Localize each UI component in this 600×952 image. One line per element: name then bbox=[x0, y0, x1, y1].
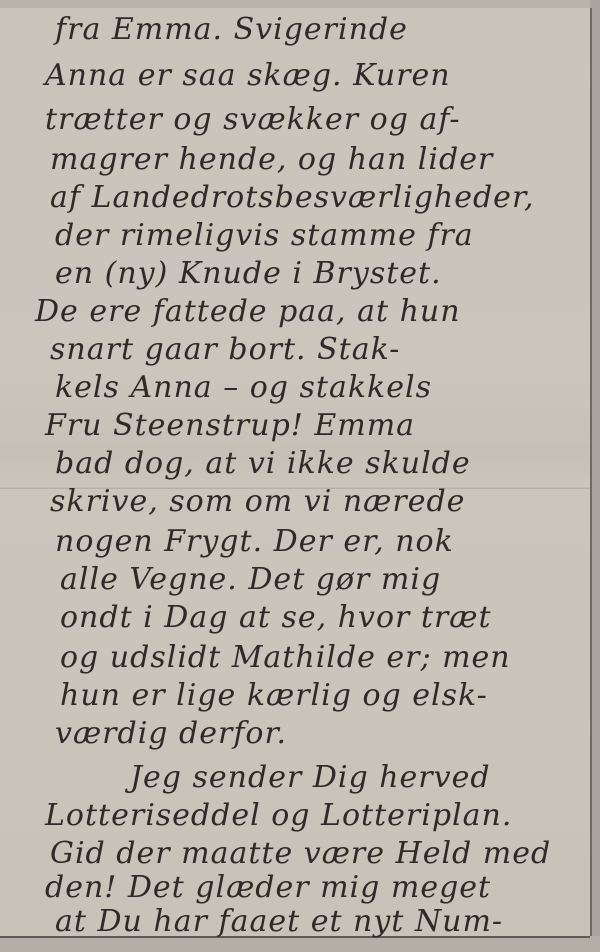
letter-line: nogen Frygt. Der er, nok bbox=[55, 524, 454, 559]
letter-line: at Du har faaet et nyt Num- bbox=[55, 904, 503, 939]
letter-line: ondt i Dag at se, hvor træt bbox=[60, 600, 492, 635]
letter-line: Lotteriseddel og Lotteriplan. bbox=[45, 798, 512, 833]
letter-line: værdig derfor. bbox=[55, 716, 287, 751]
letter-line: Anna er saa skæg. Kuren bbox=[45, 58, 451, 93]
letter-line: skrive, som om vi nærede bbox=[50, 484, 465, 519]
letter-line: fra Emma. Svigerinde bbox=[55, 12, 408, 47]
letter-line: magrer hende, og han lider bbox=[50, 142, 493, 177]
letter-line: af Landedrotsbesværligheder, bbox=[50, 180, 535, 215]
letter-line: trætter og svækker og af- bbox=[45, 102, 461, 137]
letter-line: De ere fattede paa, at hun bbox=[35, 294, 461, 329]
letter-line: Gid der maatte være Held med bbox=[50, 836, 551, 871]
letter-line: Jeg sender Dig herved bbox=[130, 760, 491, 795]
letter-line: bad dog, at vi ikke skulde bbox=[55, 446, 471, 481]
letter-line: kels Anna – og stakkels bbox=[55, 370, 432, 405]
letter-line: og udslidt Mathilde er; men bbox=[60, 640, 511, 675]
background-right-edge bbox=[590, 0, 600, 952]
letter-line: der rimeligvis stamme fra bbox=[55, 218, 474, 253]
letter-line: Fru Steenstrup! Emma bbox=[45, 408, 415, 443]
letter-line: snart gaar bort. Stak- bbox=[50, 332, 400, 367]
letter-line: hun er lige kærlig og elsk- bbox=[60, 678, 488, 713]
letter-line: den! Det glæder mig meget bbox=[45, 870, 491, 905]
letter-line: en (ny) Knude i Brystet. bbox=[55, 256, 442, 291]
letter-line: alle Vegne. Det gør mig bbox=[60, 562, 441, 597]
